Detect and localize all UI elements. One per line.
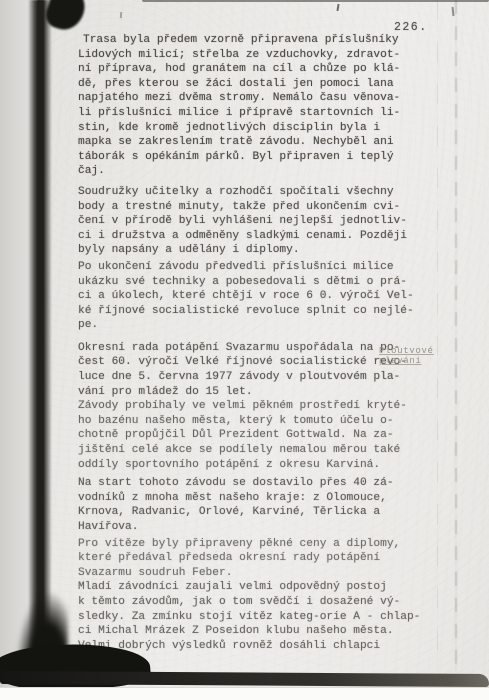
scanned-document-page: 226. Trasa byla předem vzorně připravena…: [0, 0, 489, 700]
book-spine-core-line: [37, 0, 44, 688]
paragraph-trail-preparation: Trasa byla předem vzorně připravena přís…: [78, 33, 423, 179]
document-text: Trasa byla předem vzorně připravena přís…: [78, 33, 423, 653]
paragraph-prizes: Pro vítěze byly připraveny pěkné ceny a …: [78, 537, 423, 581]
paragraph-pool-venue: Závody probíhaly ve velmi pěkném prostře…: [78, 399, 423, 472]
paragraph-fin-swimming-race: Okresní rada potápění Svazarmu uspořádal…: [78, 341, 423, 399]
paragraph-scoring: Soudružky učitelky a rozhodčí spočítali …: [78, 185, 423, 258]
paper-crease-right: [455, 0, 457, 672]
scanner-background: [0, 687, 489, 700]
page-top-edge-line: [142, 0, 489, 2]
paragraph-results: Mladí závodníci zaujali velmi odpovědný …: [78, 580, 423, 653]
paragraph-competitors: Na start tohoto závodu se dostavilo přes…: [78, 476, 423, 534]
paper-crease-faint: [437, 0, 438, 672]
margin-note: Ploutvové plavání: [379, 347, 434, 366]
paragraph-militia-demo: Po ukončení závodu předvedli příslušníci…: [78, 260, 423, 333]
